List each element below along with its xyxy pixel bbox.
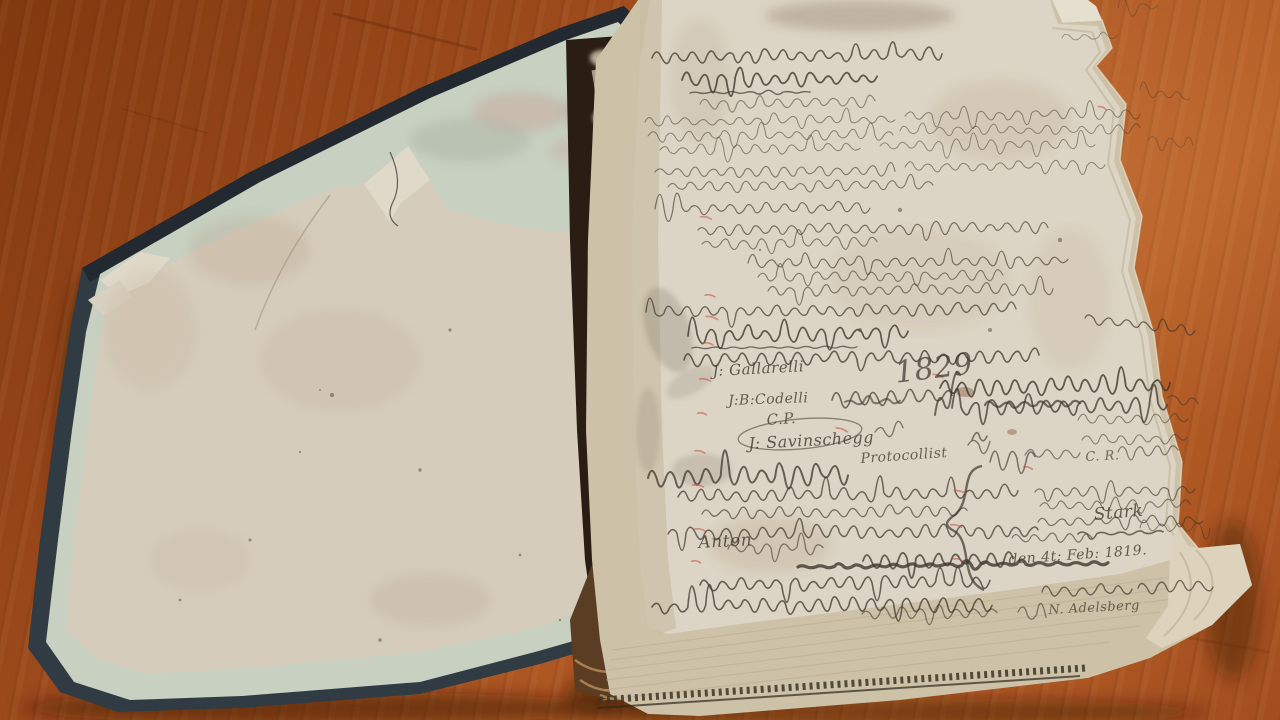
paper-speck (559, 619, 561, 621)
handwriting-line (1118, 0, 1158, 16)
paper-speck (319, 389, 321, 391)
paper-speck (330, 393, 334, 397)
paper-speck (988, 328, 992, 332)
paper-speck (418, 468, 421, 471)
handwriting-line (1148, 137, 1193, 151)
paper-speck (759, 249, 761, 251)
handwriting-line (1140, 82, 1190, 100)
paper-speck (448, 328, 451, 331)
paper-speck (179, 599, 182, 602)
handwriting-line (1168, 396, 1198, 405)
paper-speck (378, 638, 382, 642)
open-book (0, 0, 1280, 720)
paper-speck (249, 539, 252, 542)
left-cover (28, 6, 648, 712)
paper-speck (519, 554, 522, 557)
paper-speck (898, 208, 902, 212)
photo-antique-book-on-table: 1829J: GallarelliJ:B:CodelliC.P.J: Savin… (0, 0, 1280, 720)
paper-speck (1058, 238, 1062, 242)
paper-speck (858, 328, 862, 332)
paper-speck (299, 451, 301, 453)
